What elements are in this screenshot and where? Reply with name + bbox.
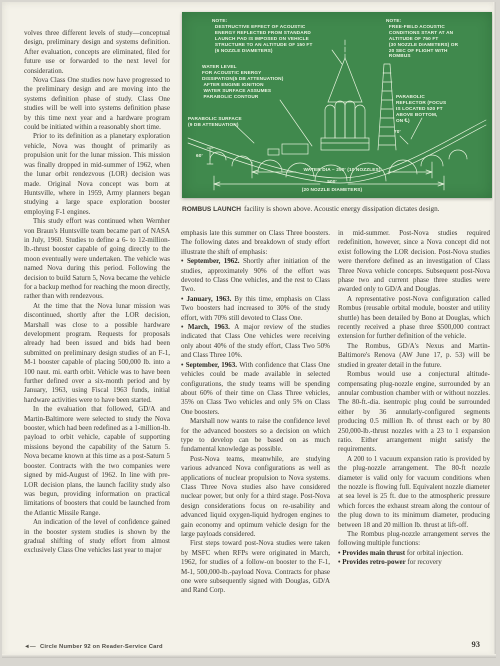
- bullet-item: • Provides main thrust for orbital injec…: [338, 549, 490, 558]
- bullet-item: • September, 1963. With confidence that …: [181, 361, 330, 417]
- scan-edge-bottom: [2, 654, 496, 658]
- diagram-note-free-field: NOTE: FREE-FIELD ACOUSTIC CONDITIONS STA…: [386, 18, 458, 59]
- paragraph: At the time that the Nova lunar mission …: [24, 302, 170, 405]
- column-right: in mid-summer. Post-Nova studies require…: [338, 229, 490, 645]
- diagram-dim-60ft: 60': [196, 153, 203, 159]
- rombus-diagram: NOTE: DESTRUCTIVE EFFECT OF ACOUSTIC ENE…: [182, 12, 492, 198]
- caption-text: facility is shown above. Acoustic energy…: [244, 205, 440, 213]
- scan-edge-right: [493, 2, 496, 658]
- column-left: volves three different levels of study—c…: [24, 29, 170, 642]
- page-number: 93: [472, 639, 481, 649]
- paragraph: In the evaluation that followed, GD/A an…: [24, 405, 170, 518]
- left-arrow-icon: ◄—: [24, 644, 36, 650]
- paragraph: A 200 to 1 vacuum expansion ratio is pro…: [338, 455, 490, 530]
- paragraph: in mid-summer. Post-Nova studies require…: [338, 229, 490, 295]
- caption-lead: ROMBUS LAUNCH: [182, 206, 241, 213]
- diagram-note-destructive-effect: NOTE: DESTRUCTIVE EFFECT OF ACOUSTIC ENE…: [212, 18, 312, 53]
- diagram-caption: ROMBUS LAUNCHfacility is shown above. Ac…: [182, 205, 492, 213]
- paragraph: This study effort was continued when Wer…: [24, 217, 170, 302]
- reader-service-note: ◄—Circle Number 92 on Reader-Service Car…: [24, 644, 163, 650]
- diagram-dim-20-nozzle-diameters: (20 NOZZLE DIAMETERS): [302, 187, 362, 193]
- paragraph: Post-Nova teams, meanwhile, are studying…: [181, 455, 330, 540]
- paragraph: First steps toward post-Nova studies wer…: [181, 539, 330, 595]
- diagram-label-parabolic-surface: PARABOLIC SURFACE (9 DB ATTENUATION): [188, 116, 242, 128]
- diagram-dim-water-dia: WATER DIA – 250' (10 NOZZLES): [303, 167, 380, 173]
- diagram-label-parabolic-reflector: PARABOLIC REFLECTOR (FOCUS IS LOCATED 52…: [396, 94, 446, 124]
- paragraph: The Rombus, GD/A's Nexus and Martin-Balt…: [338, 342, 490, 370]
- bullet-item: • Provides retro-power for recovery: [338, 558, 490, 567]
- paragraph: Rombus would use a conjectural altitude-…: [338, 370, 490, 455]
- diagram-label-water-level: WATER LEVEL FOR ACOUSTIC ENERGY DISSIPAT…: [202, 64, 283, 99]
- paragraph: Nova Class One studies now have progress…: [24, 76, 170, 132]
- bullet-item: • September, 1962. Shortly after initiat…: [181, 257, 330, 295]
- diagram-dim-70ft: 70': [394, 129, 401, 135]
- bullet-item: • January, 1963. By this time, emphasis …: [181, 295, 330, 323]
- paragraph: volves three different levels of study—c…: [24, 29, 170, 76]
- paragraph: Prior to its definition as a planetary e…: [24, 132, 170, 217]
- paragraph: An indication of the level of confidence…: [24, 518, 170, 556]
- paragraph: The Rombus plug-nozzle arrangement serve…: [338, 530, 490, 549]
- reader-service-text: Circle Number 92 on Reader-Service Card: [40, 644, 163, 650]
- magazine-page: volves three different levels of study—c…: [2, 2, 496, 658]
- column-middle: emphasis late this summer on Class Three…: [181, 229, 330, 645]
- paragraph: Marshall now wants to raise the confiden…: [181, 417, 330, 455]
- paragraph: A representative post-Nova configuration…: [338, 295, 490, 342]
- bullet-item: • March, 1963. A major review of the stu…: [181, 323, 330, 361]
- diagram-dim-500ft: 500': [327, 179, 337, 185]
- paragraph: emphasis late this summer on Class Three…: [181, 229, 330, 257]
